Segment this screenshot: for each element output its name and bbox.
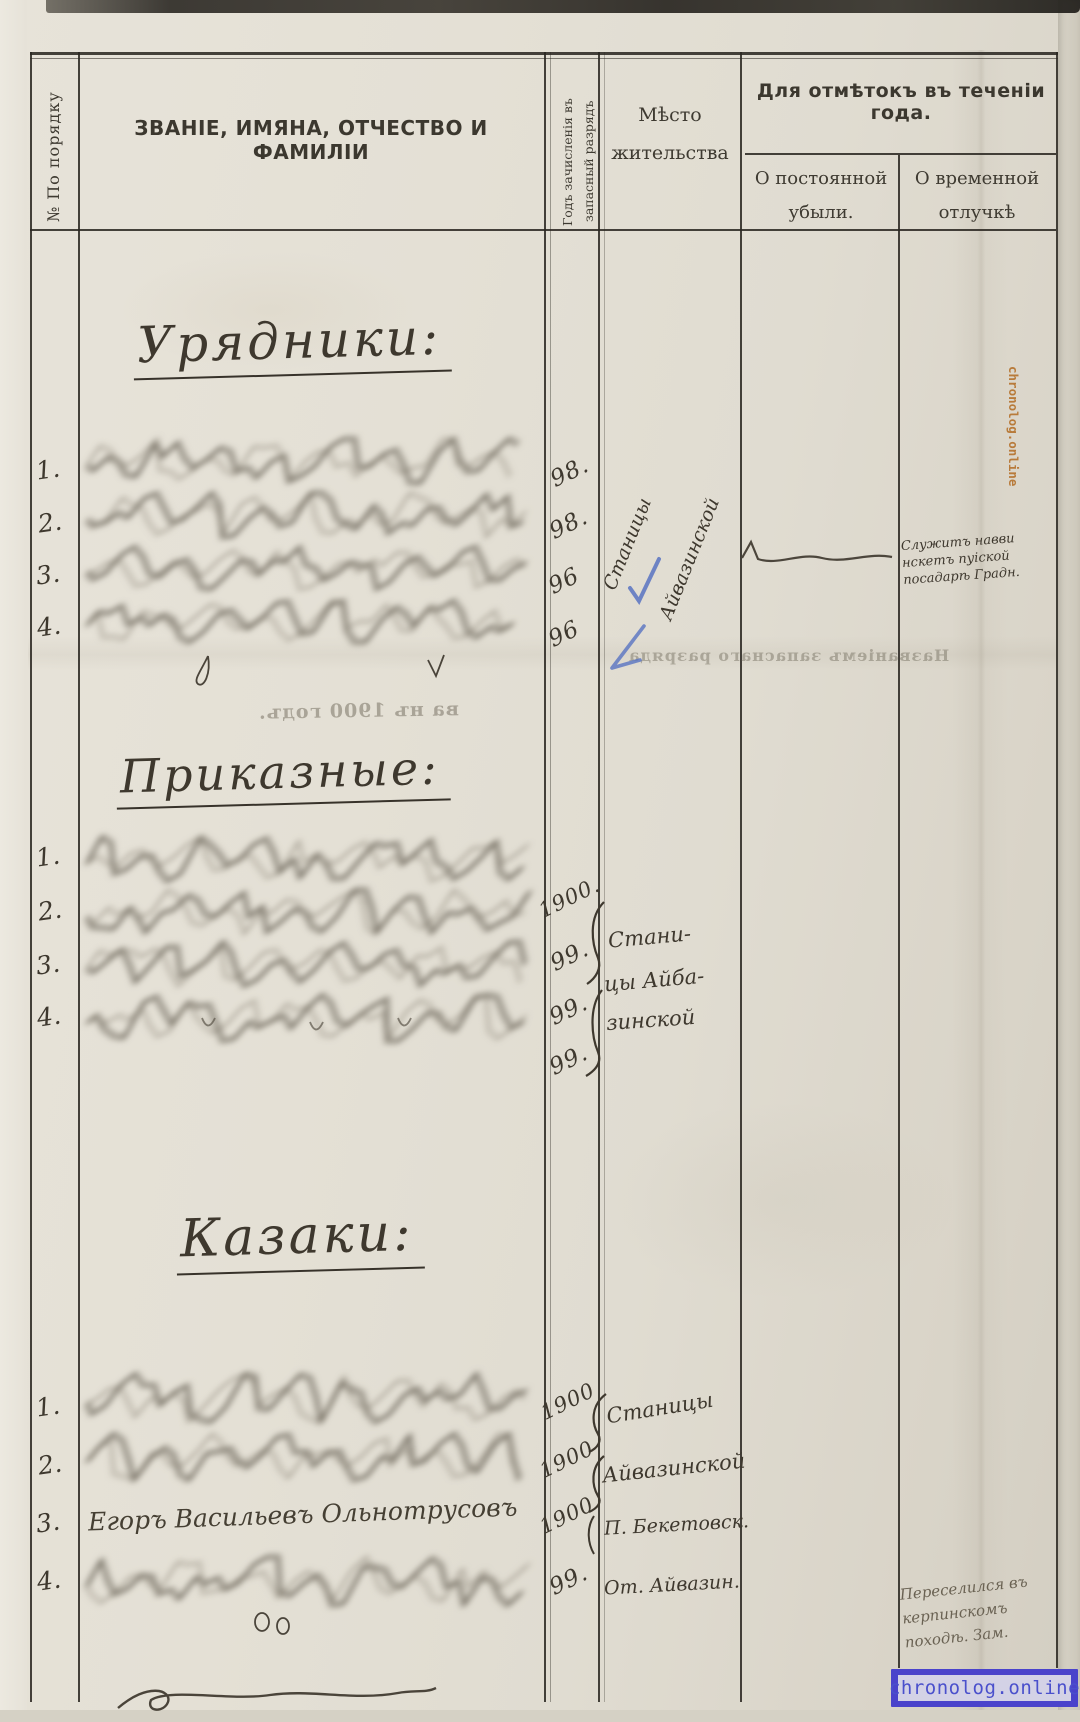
pen-flourish [118, 1688, 436, 1710]
pen-tick [310, 1022, 323, 1030]
pen-loop [277, 1618, 289, 1634]
blue-checkmark [630, 559, 659, 601]
brace [586, 990, 602, 1076]
pen-tick [202, 1018, 215, 1026]
blue-mark [612, 626, 644, 668]
watermark-badge-text: chronolog.online [889, 1677, 1080, 1699]
watermark-badge: chronolog.online [891, 1669, 1078, 1707]
pen-tick [428, 655, 444, 676]
pen-loop [255, 1613, 269, 1631]
scanned-register-page: № По порядку ЗВАНІЕ, ИМЯНА, ОТЧЕСТВО И Ф… [0, 0, 1080, 1722]
brace [589, 1456, 604, 1512]
brace [589, 1394, 606, 1452]
pen-tick [398, 1018, 411, 1026]
brace [587, 902, 604, 984]
brace-small [589, 1516, 594, 1554]
watermark-badge-inner: chronolog.online [898, 1675, 1071, 1701]
pen-loop [196, 656, 208, 685]
loss-check-squiggle [742, 542, 892, 561]
ink-strokes-overlay [0, 0, 1080, 1722]
side-watermark: chronolog.online [1006, 366, 1021, 486]
